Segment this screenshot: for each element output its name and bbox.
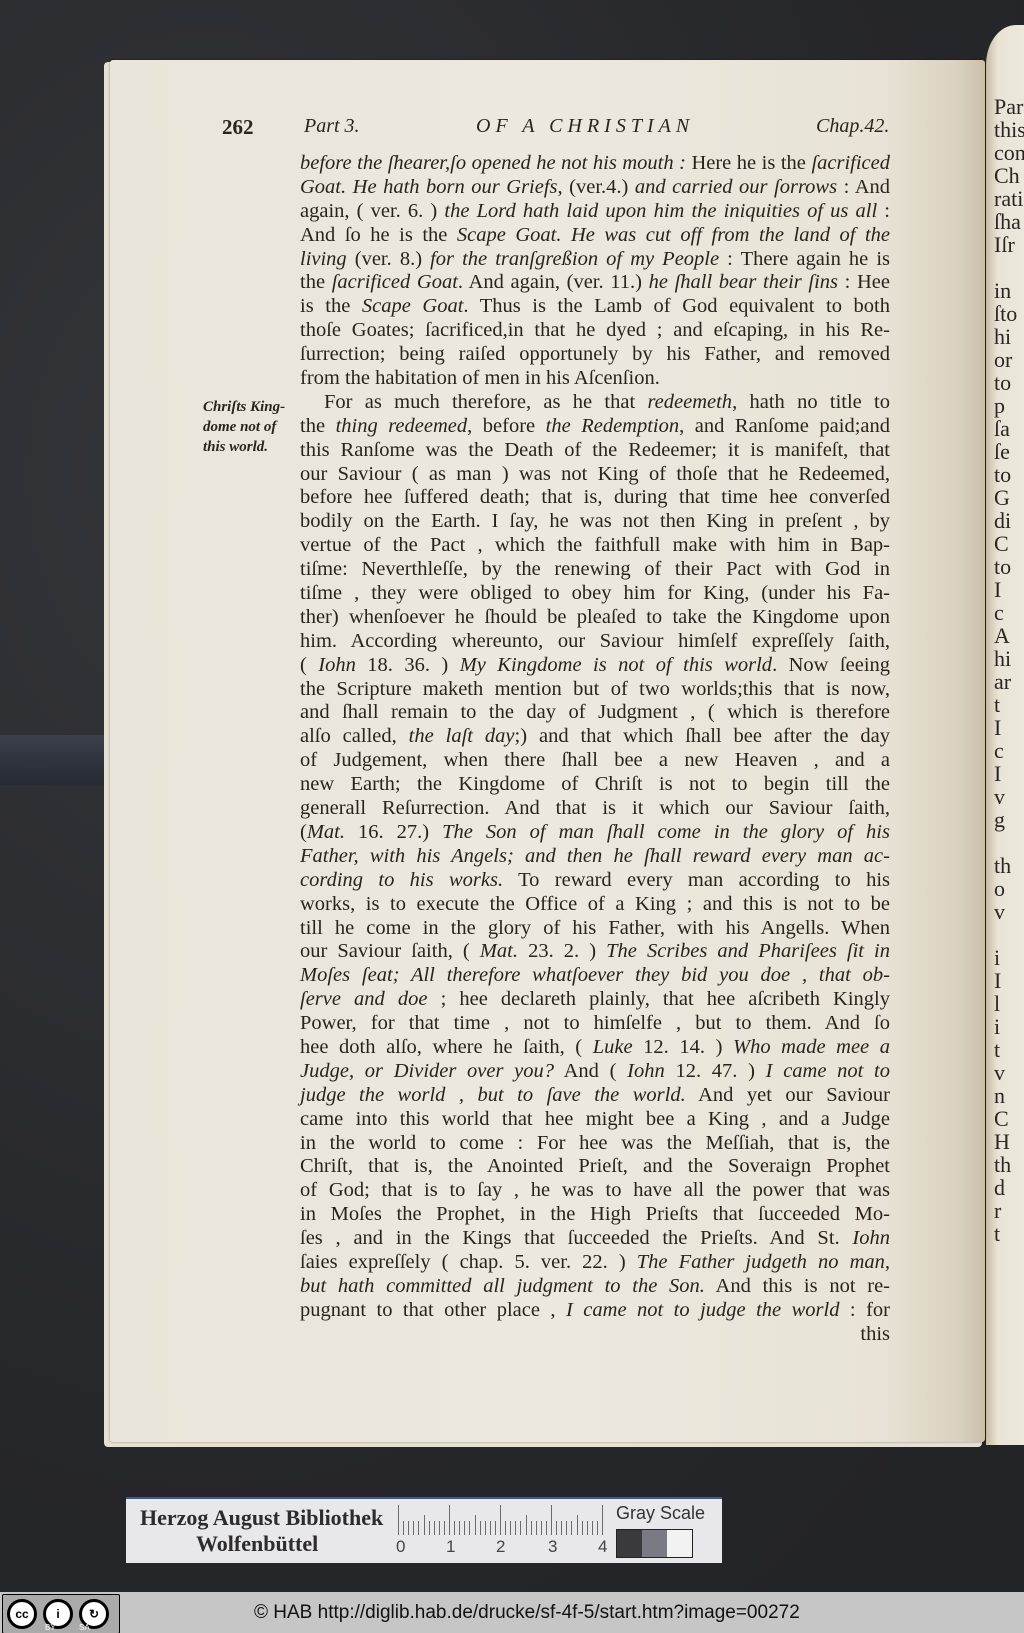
text-line: is the Scape Goat. Thus is the Lamb of G…: [300, 295, 890, 319]
ruler-tick: [454, 1521, 455, 1535]
text-line: hee doth alſo, where he ſaith, ( Luke 12…: [300, 1036, 890, 1060]
text-line: and ſhall remain to the day of Judgment …: [300, 701, 890, 725]
ruler-tick: [541, 1521, 542, 1535]
ruler-tick: [571, 1521, 572, 1535]
by-label: BY: [45, 1623, 56, 1632]
chapter-label: Chap.42.: [816, 115, 889, 138]
text-line: before hee ſuffered death; that is, duri…: [300, 486, 890, 510]
ruler-tick: [485, 1521, 486, 1535]
gray-swatch: [617, 1530, 642, 1557]
ruler-tick: [556, 1521, 557, 1535]
text-line: the ſacrificed Goat. And again, (ver. 11…: [300, 271, 890, 295]
cc-icon: cc: [7, 1599, 37, 1629]
text-line: generall Reſurrection. And that is it wh…: [300, 797, 890, 821]
ruler-tick: [597, 1521, 598, 1535]
text-line: cording to his works. To reward every ma…: [300, 869, 890, 893]
cc-license-badge[interactable]: cc i ↻ BY SA: [2, 1594, 120, 1633]
text-line: this: [300, 1323, 890, 1347]
margin-note: Chriſts King- dome not of this world.: [203, 397, 293, 457]
text-line: him. According whereunto, our Saviour hi…: [300, 630, 890, 654]
ruler-tick: [444, 1521, 445, 1535]
text-line: Father, with his Angels; and then he ſha…: [300, 845, 890, 869]
text-line: Power, for that time , not to himſelfe ,…: [300, 1012, 890, 1036]
text-line: (Mat. 16. 27.) The Son of man ſhall come…: [300, 821, 890, 845]
text-line: this Ranſome was the Death of the Redeem…: [300, 439, 890, 463]
text-line: came into this world that hee might bee …: [300, 1108, 890, 1132]
text-line: And ſo he is the Scape Goat. He was cut …: [300, 224, 890, 248]
ruler-tick: [429, 1521, 430, 1535]
text-line: judge the world , but to ſave the world.…: [300, 1084, 890, 1108]
text-line: till he come in the glory of his Father,…: [300, 917, 890, 941]
facing-page-text: Par this con Ch rati ſha Iſr in ſto hi o…: [994, 95, 1024, 1245]
text-line: For as much therefore, as he that redeem…: [300, 391, 890, 415]
text-line: the Scripture maketh mention but of two …: [300, 678, 890, 702]
text-line: in Moſes the Prophet, in the High Prieſt…: [300, 1203, 890, 1227]
text-line: ſes , and in the Kings that ſucceeded th…: [300, 1227, 890, 1251]
text-line: ſerve and doe ; hee declareth plainly, t…: [300, 988, 890, 1012]
text-line: living (ver. 8.) for the tranſgreßion of…: [300, 248, 890, 272]
text-line: new Earth; the Kingdome of Chriſt is not…: [300, 773, 890, 797]
ruler-tick: [464, 1521, 465, 1535]
text-line: again, ( ver. 6. ) the Lord hath laid up…: [300, 200, 890, 224]
ruler-tick: [480, 1521, 481, 1535]
text-line: ther) whenſoever he ſhould be pleaſed to…: [300, 606, 890, 630]
ruler-tick: [434, 1521, 435, 1535]
text-line: pugnant to that other place , I came not…: [300, 1299, 890, 1323]
ruler-tick: [577, 1515, 578, 1535]
ruler-tick: [526, 1515, 527, 1535]
ruler-tick: [424, 1515, 425, 1535]
ruler-tick: [582, 1521, 583, 1535]
text-line: bodily on the Earth. I ſay, he was not t…: [300, 510, 890, 534]
text-line: from the habitation of men in his Aſcenſ…: [300, 367, 890, 391]
ruler-number: 2: [496, 1537, 505, 1557]
body-text: before the ſhearer,ſo opened he not his …: [300, 152, 890, 1347]
gray-scale-label: Gray Scale: [616, 1503, 705, 1524]
text-line: tiſme , they were obliged to obey him fo…: [300, 582, 890, 606]
ruler-number: 1: [446, 1537, 455, 1557]
gray-swatch: [642, 1530, 667, 1557]
ruler-tick: [515, 1521, 516, 1535]
ruler-tick: [505, 1521, 506, 1535]
ruler-tick: [531, 1521, 532, 1535]
running-head: 262 Part 3. OF A CHRISTIAN Chap.42.: [0, 115, 1024, 145]
text-line: Judge, or Divider over you? And ( Iohn 1…: [300, 1060, 890, 1084]
text-line: thoſe Goates; ſacrificed,in that he dyed…: [300, 319, 890, 343]
margin-note-line: Chriſts King-: [203, 397, 293, 417]
ruler-tick: [408, 1521, 409, 1535]
library-city: Wolfenbüttel: [196, 1531, 318, 1557]
ruler-tick: [403, 1521, 404, 1535]
ruler-tick: [536, 1521, 537, 1535]
text-line: Goat. He hath born our Griefs, (ver.4.) …: [300, 176, 890, 200]
ruler-tick: [592, 1521, 593, 1535]
page-number: 262: [222, 115, 254, 140]
text-line: ſaies expreſſely ( chap. 5. ver. 22. ) T…: [300, 1251, 890, 1275]
margin-note-line: dome not of: [203, 417, 293, 437]
ruler-tick: [500, 1505, 501, 1535]
ruler-number: 3: [548, 1537, 557, 1557]
ruler-tick: [449, 1505, 450, 1535]
ruler-numbers: 0 1 2 3 4: [388, 1537, 628, 1559]
text-line: tiſme: Neverthleſſe, by the renewing of …: [300, 558, 890, 582]
text-line: ( Iohn 18. 36. ) My Kingdome is not of t…: [300, 654, 890, 678]
text-line: Chriſt, that is, the Anointed Prieſt, an…: [300, 1155, 890, 1179]
ruler-tick: [520, 1521, 521, 1535]
text-line: before the ſhearer,ſo opened he not his …: [300, 152, 890, 176]
text-line: works, is to execute the Office of a Kin…: [300, 893, 890, 917]
ruler-tick: [469, 1521, 470, 1535]
ruler-tick: [587, 1521, 588, 1535]
ruler-tick: [459, 1521, 460, 1535]
ruler-tick: [495, 1521, 496, 1535]
library-name: Herzog August Bibliothek: [140, 1505, 383, 1531]
text-line: our Saviour ( as man ) was not King of t…: [300, 463, 890, 487]
facing-page: Par this con Ch rati ſha Iſr in ſto hi o…: [986, 25, 1024, 1445]
ruler-tick: [439, 1521, 440, 1535]
gray-scale-swatches: [616, 1529, 693, 1558]
ruler-tick: [490, 1521, 491, 1535]
text-line: of Judgement, when there ſhall bee a new…: [300, 749, 890, 773]
ruler-tick: [602, 1505, 603, 1535]
ruler-number: 0: [396, 1537, 405, 1557]
text-line: but hath committed all judgment to the S…: [300, 1275, 890, 1299]
text-line: Moſes ſeat; All therefore whatſoever the…: [300, 964, 890, 988]
gray-swatch: [667, 1530, 692, 1557]
part-label: Part 3.: [304, 115, 360, 138]
ruler-tick: [561, 1521, 562, 1535]
ruler-tick: [413, 1521, 414, 1535]
text-line: ſurrection; being raiſed opportunely by …: [300, 343, 890, 367]
measurement-ruler: [398, 1505, 608, 1535]
ruler-tick: [546, 1521, 547, 1535]
library-color-card: Herzog August Bibliothek Wolfenbüttel 0 …: [126, 1497, 722, 1563]
text-line: of God; that is to ſay , he was to have …: [300, 1179, 890, 1203]
ruler-tick: [551, 1505, 552, 1535]
ruler-number: 4: [598, 1537, 607, 1557]
margin-note-line: this world.: [203, 437, 293, 457]
sa-label: SA: [79, 1623, 90, 1632]
text-line: vertue of the Pact , which the faithfull…: [300, 534, 890, 558]
footer-bar: cc i ↻ BY SA © HAB http://diglib.hab.de/…: [0, 1592, 1024, 1633]
ruler-tick: [398, 1505, 399, 1535]
page-clip: [0, 735, 112, 785]
text-line: in the world to come : For hee was the M…: [300, 1132, 890, 1156]
text-line: our Saviour ſaith, ( Mat. 23. 2. ) The S…: [300, 940, 890, 964]
ruler-tick: [510, 1521, 511, 1535]
ruler-tick: [566, 1521, 567, 1535]
copyright-url[interactable]: © HAB http://diglib.hab.de/drucke/sf-4f-…: [254, 1602, 800, 1624]
ruler-tick: [475, 1515, 476, 1535]
text-line: alſo called, the laſt day;) and that whi…: [300, 725, 890, 749]
ruler-tick: [418, 1521, 419, 1535]
text-line: the thing redeemed, before the Redemptio…: [300, 415, 890, 439]
running-title: OF A CHRISTIAN: [476, 115, 694, 138]
